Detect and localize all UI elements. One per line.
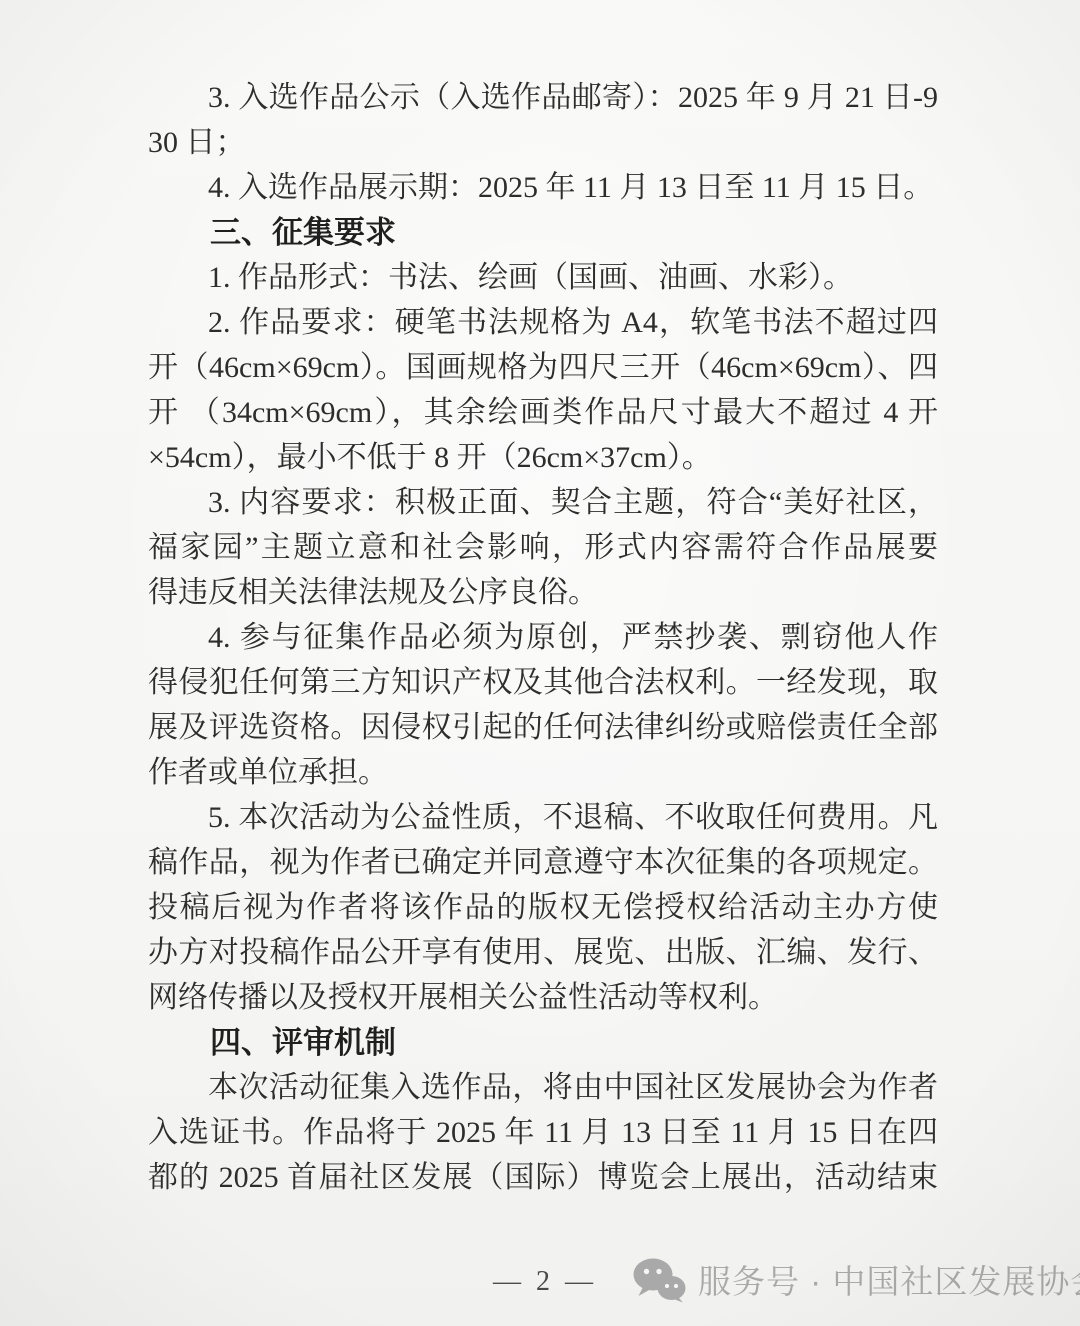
- body-line: 30 日；: [148, 120, 938, 165]
- body-line: 得违反相关法律法规及公序良俗。: [148, 570, 938, 615]
- body-line: 本次活动征集入选作品，将由中国社区发展协会为作者颁发: [148, 1065, 938, 1110]
- body-line: 展及评选资格。因侵权引起的任何法律纠纷或赔偿责任全部由创: [148, 705, 938, 750]
- body-line: 福家园”主题立意和社会影响，形式内容需符合作品展要求，不: [148, 525, 938, 570]
- body-line: 1. 作品形式：书法、绘画（国画、油画、水彩）。: [148, 255, 938, 300]
- watermark: 服务号 · 中国社区发展协会: [632, 1256, 1080, 1303]
- body-line: 4. 参与征集作品必须为原创，严禁抄袭、剽窃他人作品，不: [148, 615, 938, 660]
- body-line: 5. 本次活动为公益性质，不退稿、不收取任何费用。凡送: [148, 795, 938, 840]
- section-heading: 四、评审机制: [148, 1020, 938, 1065]
- body-line: 办方对投稿作品公开享有使用、展览、出版、汇编、发行、信息: [148, 930, 938, 975]
- body-line: 入选证书。作品将于 2025 年 11 月 13 日至 11 月 15 日在四川…: [148, 1110, 938, 1155]
- page-number: — 2 —: [468, 1266, 622, 1298]
- watermark-text: 服务号 · 中国社区发展协会: [698, 1256, 1080, 1303]
- body-line: 开（46cm×69cm）。国画规格为四尺三开（46cm×69cm）、四尺四: [148, 345, 938, 390]
- document-body: 3. 入选作品公示（入选作品邮寄）：2025 年 9 月 21 日-9 月 30…: [148, 75, 938, 1200]
- body-line: 得侵犯任何第三方知识产权及其他合法权利。一经发现，取消参: [148, 660, 938, 705]
- body-line: 稿作品，视为作者已确定并同意遵守本次征集的各项规定。作品: [148, 840, 938, 885]
- body-line: 2. 作品要求：硬笔书法规格为 A4，软笔书法不超过四尺三: [148, 300, 938, 345]
- body-line: 网络传播以及授权开展相关公益性活动等权利。: [148, 975, 938, 1020]
- body-line: ×54cm），最小不低于 8 开（26cm×37cm）。: [148, 435, 938, 480]
- body-line: 4. 入选作品展示期：2025 年 11 月 13 日至 11 月 15 日。: [148, 165, 938, 210]
- body-line: 3. 入选作品公示（入选作品邮寄）：2025 年 9 月 21 日-9 月: [148, 75, 938, 120]
- body-line: 作者或单位承担。: [148, 750, 938, 795]
- section-heading: 三、征集要求: [148, 210, 938, 255]
- body-line: 都的 2025 首届社区发展（国际）博览会上展出，活动结束后入: [148, 1155, 938, 1200]
- body-line: 投稿后视为作者将该作品的版权无偿授权给活动主办方使用，主: [148, 885, 938, 930]
- page-footer: — 2 — 服务号 · 中国社区发展协会: [0, 1248, 1080, 1326]
- body-line: 开 （34cm×69cm），其余绘画类作品尺寸最大不超过 4 开（38cm: [148, 390, 938, 435]
- body-line: 3. 内容要求：积极正面、契合主题，符合“美好社区，幸: [148, 480, 938, 525]
- wechat-icon: [632, 1257, 686, 1303]
- document-page: 3. 入选作品公示（入选作品邮寄）：2025 年 9 月 21 日-9 月 30…: [0, 0, 1080, 1326]
